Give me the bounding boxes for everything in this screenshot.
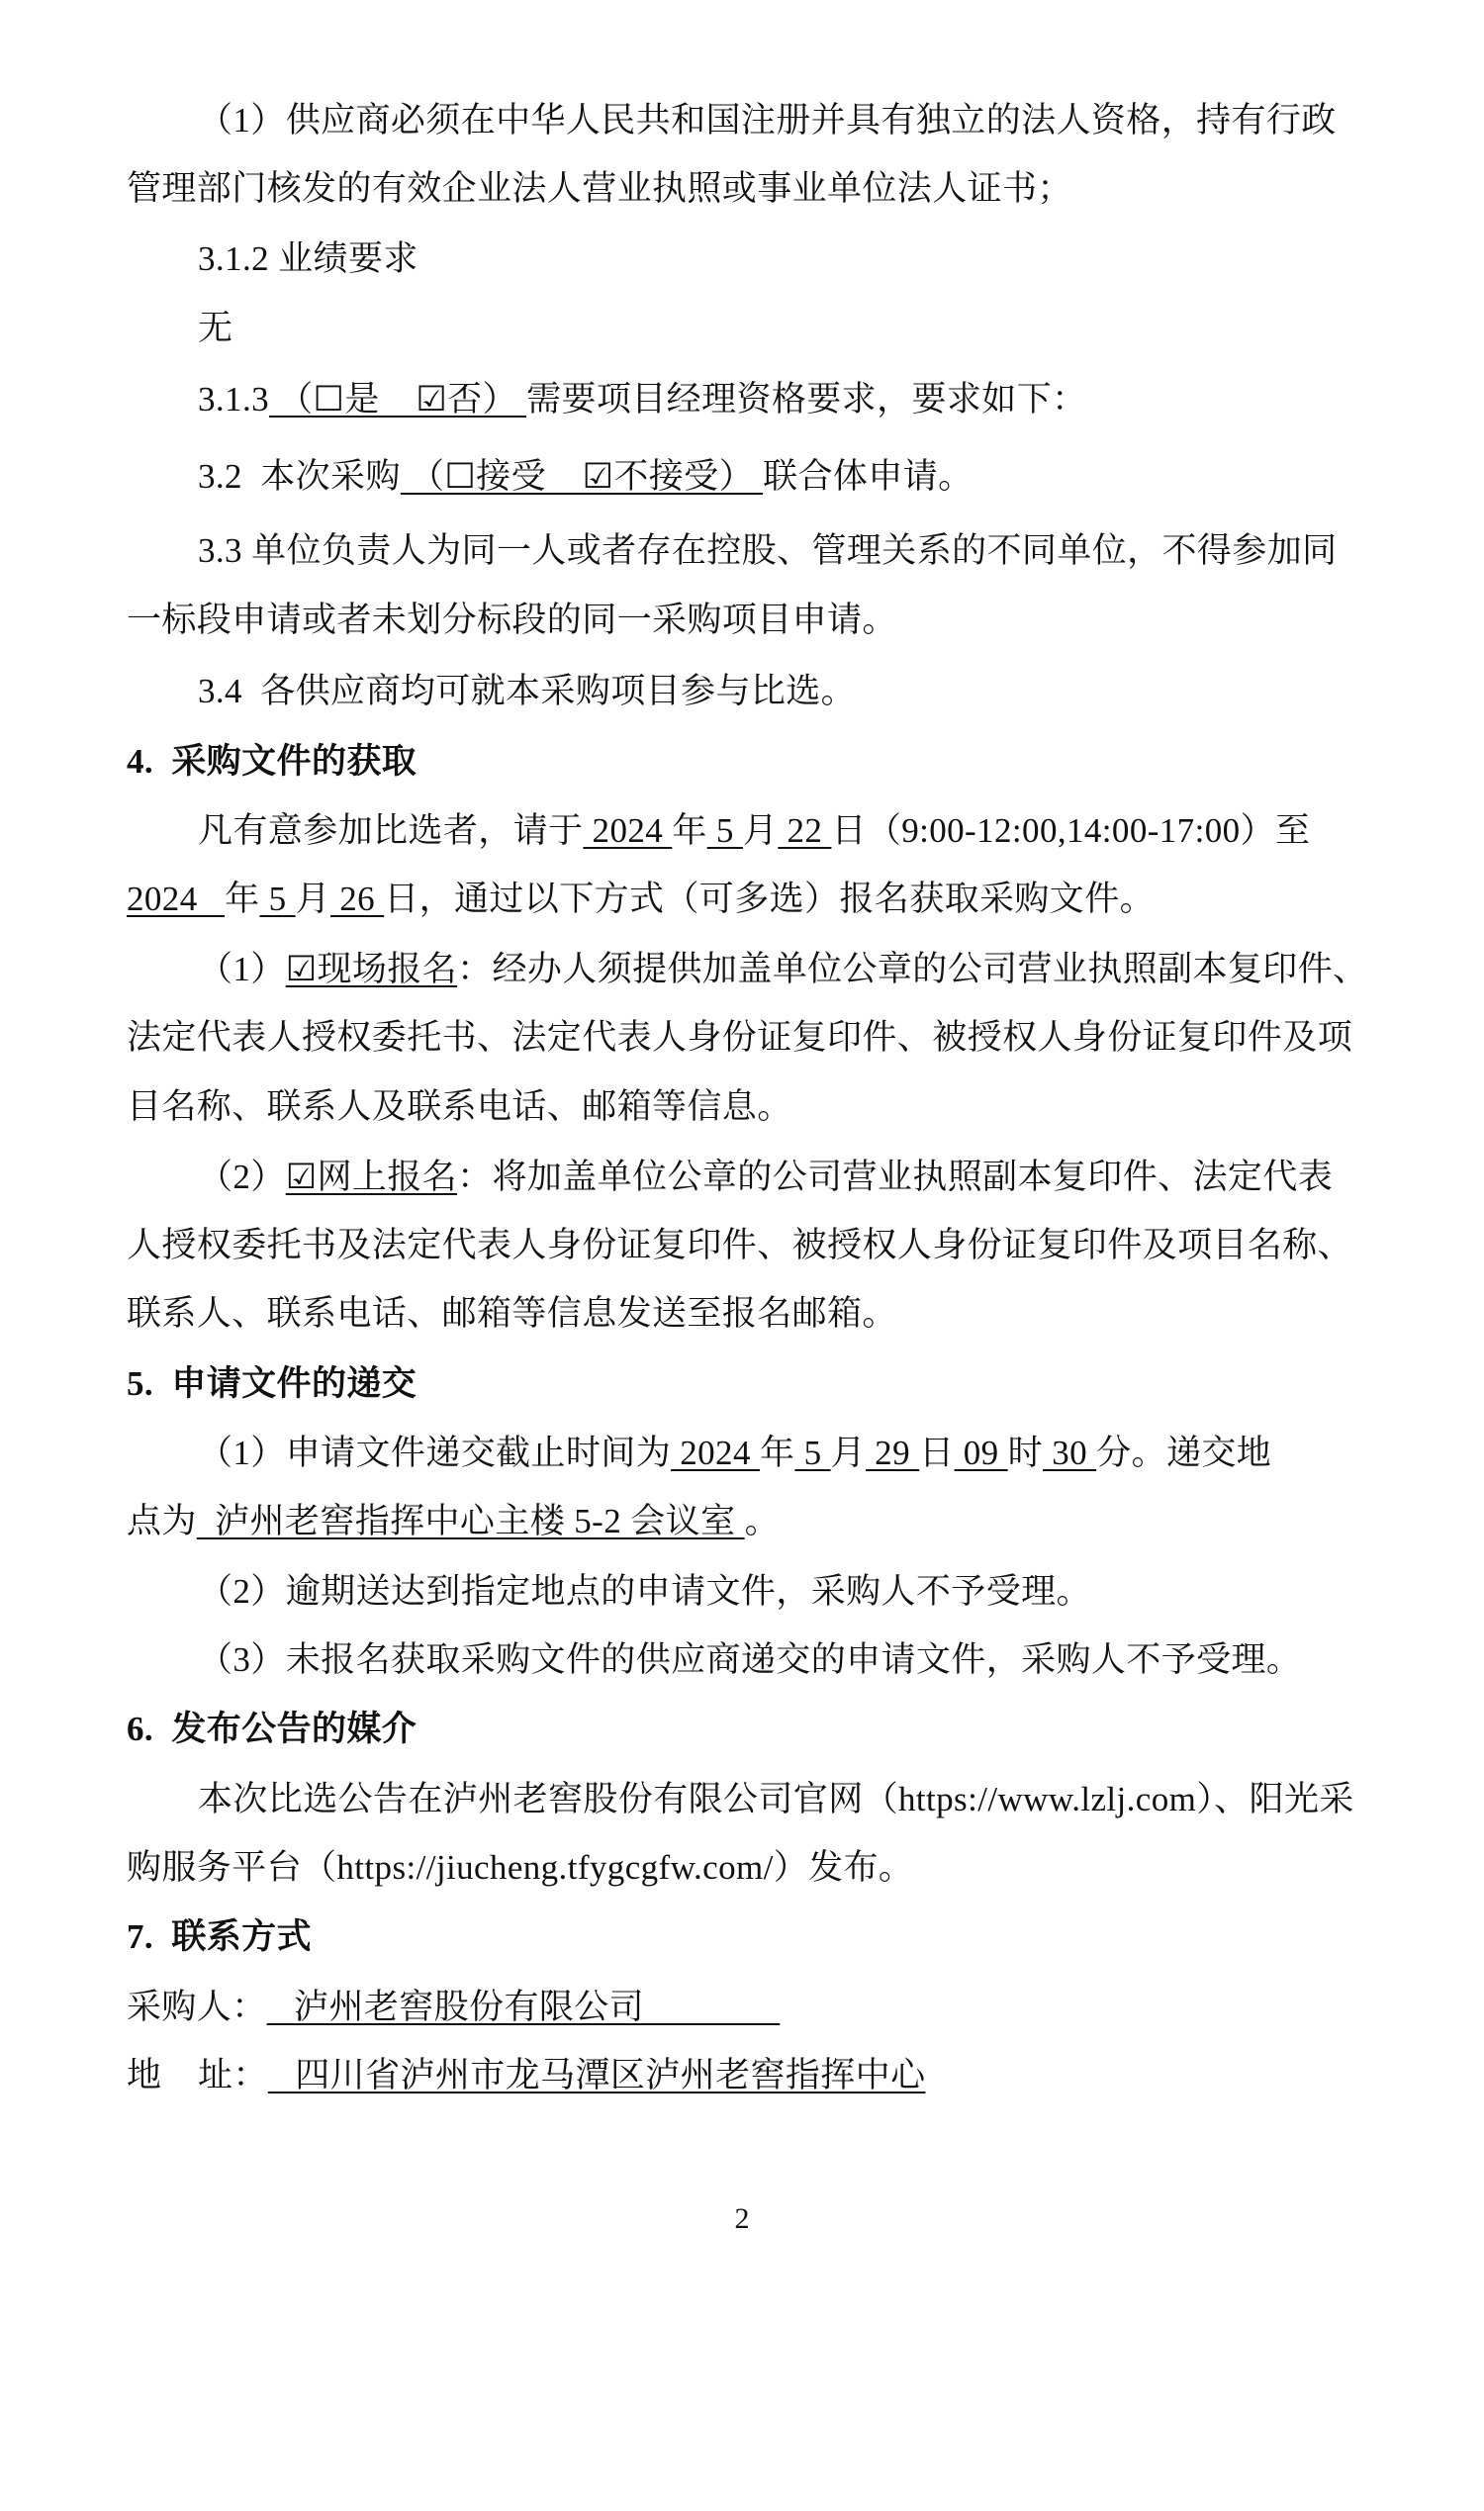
- submission-location: 点为 泸州老窖指挥中心主楼 5-2 会议室 。: [127, 1502, 1357, 1541]
- online-registration-checkbox: ☑网上报名: [286, 1158, 457, 1196]
- qualification-item-1: （1）供应商必须在中华人民共和国注册并具有独立的法人资格，持有行政: [198, 101, 1357, 140]
- text: 月: [743, 811, 778, 850]
- yes-no-checkbox-group: （☐是 ☑否）: [269, 380, 526, 418]
- deadline-day: 29: [866, 1434, 919, 1472]
- deadline-year: 2024: [671, 1434, 760, 1472]
- online-registration-cont-1: 人授权委托书及法定代表人身份证复印件、被授权人身份证复印件及项目名称、: [127, 1226, 1357, 1265]
- deadline-minute: 30: [1043, 1434, 1096, 1472]
- text: 日: [919, 1434, 954, 1472]
- item-text: ：经办人须提供加盖单位公章的公司营业执照副本复印件、: [457, 950, 1367, 988]
- section-6-heading: 6. 发布公告的媒介: [127, 1710, 1357, 1749]
- project-manager-requirement: 3.1.3 （☐是 ☑否） 需要项目经理资格要求，要求如下：: [198, 380, 1357, 419]
- address-contact: 地 址： 四川省泸州市龙马潭区泸州老窖指挥中心: [127, 2056, 1357, 2095]
- text: 分。递交地: [1096, 1434, 1271, 1472]
- clause-3-3-cont: 一标段申请或者未划分标段的同一采购项目申请。: [127, 601, 1357, 640]
- text: 。: [745, 1502, 780, 1540]
- text: 日，通过以下方式（可多选）报名获取采购文件。: [384, 880, 1155, 918]
- text: （1）申请文件递交截止时间为: [198, 1434, 671, 1472]
- consortium-clause: 3.2 本次采购 （☐接受 ☑不接受） 联合体申请。: [198, 457, 1357, 497]
- end-year: 2024: [127, 880, 225, 918]
- item-number: （1）: [198, 950, 286, 988]
- qualification-item-1-cont: 管理部门核发的有效企业法人营业执照或事业单位法人证书；: [127, 169, 1357, 209]
- online-registration: （2）☑网上报名：将加盖单位公章的公司营业执照副本复印件、法定代表: [198, 1158, 1357, 1197]
- end-day: 26: [330, 880, 384, 918]
- submission-deadline: （1）申请文件递交截止时间为 2024 年 5 月 29 日 09 时 30 分…: [198, 1434, 1357, 1473]
- clause-text: 联合体申请。: [763, 457, 973, 496]
- onsite-registration-cont-1: 法定代表人授权委托书、法定代表人身份证复印件、被授权人身份证复印件及项: [127, 1018, 1357, 1058]
- section-7-heading: 7. 联系方式: [127, 1917, 1357, 1957]
- text: 月: [831, 1434, 866, 1472]
- deadline-hour: 09: [955, 1434, 1008, 1472]
- buyer-label: 采购人：: [127, 1988, 267, 2026]
- page-number: 2: [0, 2202, 1484, 2236]
- text: 年: [672, 811, 706, 850]
- onsite-registration-cont-2: 目名称、联系人及联系电话、邮箱等信息。: [127, 1087, 1357, 1127]
- buyer-value: 泸州老窖股份有限公司: [267, 1988, 781, 2026]
- document-page: （1）供应商必须在中华人民共和国注册并具有独立的法人资格，持有行政 管理部门核发…: [0, 0, 1484, 2511]
- section-5-heading: 5. 申请文件的递交: [127, 1364, 1357, 1404]
- performance-requirement-heading: 3.1.2 业绩要求: [198, 239, 1357, 279]
- text: 时: [1008, 1434, 1043, 1472]
- clause-3-3: 3.3 单位负责人为同一人或者存在控股、管理关系的不同单位，不得参加同: [198, 531, 1357, 571]
- item-text: ：将加盖单位公章的公司营业执照副本复印件、法定代表: [457, 1158, 1333, 1196]
- accept-checkbox-group: （☐接受 ☑不接受）: [401, 457, 763, 496]
- late-submission-rule: （2）逾期送达到指定地点的申请文件，采购人不予受理。: [198, 1572, 1357, 1612]
- performance-requirement-value: 无: [198, 309, 1357, 348]
- section-4-dates-line-2: 2024 年 5 月 26 日，通过以下方式（可多选）报名获取采购文件。: [127, 880, 1357, 919]
- clause-number: 3.1.3: [198, 380, 269, 418]
- publication-media-line-1: 本次比选公告在泸州老窖股份有限公司官网（https://www.lzlj.com…: [198, 1780, 1357, 1819]
- text: 年: [760, 1434, 794, 1472]
- onsite-registration-checkbox: ☑现场报名: [286, 950, 457, 988]
- unregistered-submission-rule: （3）未报名获取采购文件的供应商递交的申请文件，采购人不予受理。: [198, 1640, 1357, 1680]
- item-number: （2）: [198, 1158, 286, 1196]
- onsite-registration: （1）☑现场报名：经办人须提供加盖单位公章的公司营业执照副本复印件、: [198, 950, 1357, 989]
- start-month: 5: [707, 811, 743, 850]
- section-4-dates-line-1: 凡有意参加比选者，请于 2024 年 5 月 22 日（9:00-12:00,1…: [198, 811, 1357, 851]
- online-registration-cont-2: 联系人、联系电话、邮箱等信息发送至报名邮箱。: [127, 1294, 1357, 1334]
- text: 点为: [127, 1502, 197, 1540]
- address-label: 地 址：: [127, 2056, 268, 2094]
- section-4-heading: 4. 采购文件的获取: [127, 742, 1357, 782]
- text: 日（9:00-12:00,14:00-17:00）至: [831, 811, 1310, 850]
- start-year: 2024: [583, 811, 672, 850]
- buyer-contact: 采购人： 泸州老窖股份有限公司: [127, 1988, 1357, 2027]
- text: 月: [296, 880, 330, 918]
- location-value: 泸州老窖指挥中心主楼 5-2 会议室: [197, 1502, 745, 1540]
- start-day: 22: [778, 811, 831, 850]
- text: 凡有意参加比选者，请于: [198, 811, 583, 850]
- clause-3-4: 3.4 各供应商均可就本采购项目参与比选。: [198, 672, 1357, 711]
- end-month: 5: [259, 880, 295, 918]
- text: 年: [225, 880, 259, 918]
- clause-number: 3.2 本次采购: [198, 457, 401, 496]
- deadline-month: 5: [794, 1434, 830, 1472]
- address-value: 四川省泸州市龙马潭区泸州老窖指挥中心: [268, 2056, 926, 2094]
- clause-text: 需要项目经理资格要求，要求如下：: [526, 380, 1086, 418]
- publication-media-line-2: 购服务平台（https://jiucheng.tfygcgfw.com/）发布。: [127, 1848, 1357, 1888]
